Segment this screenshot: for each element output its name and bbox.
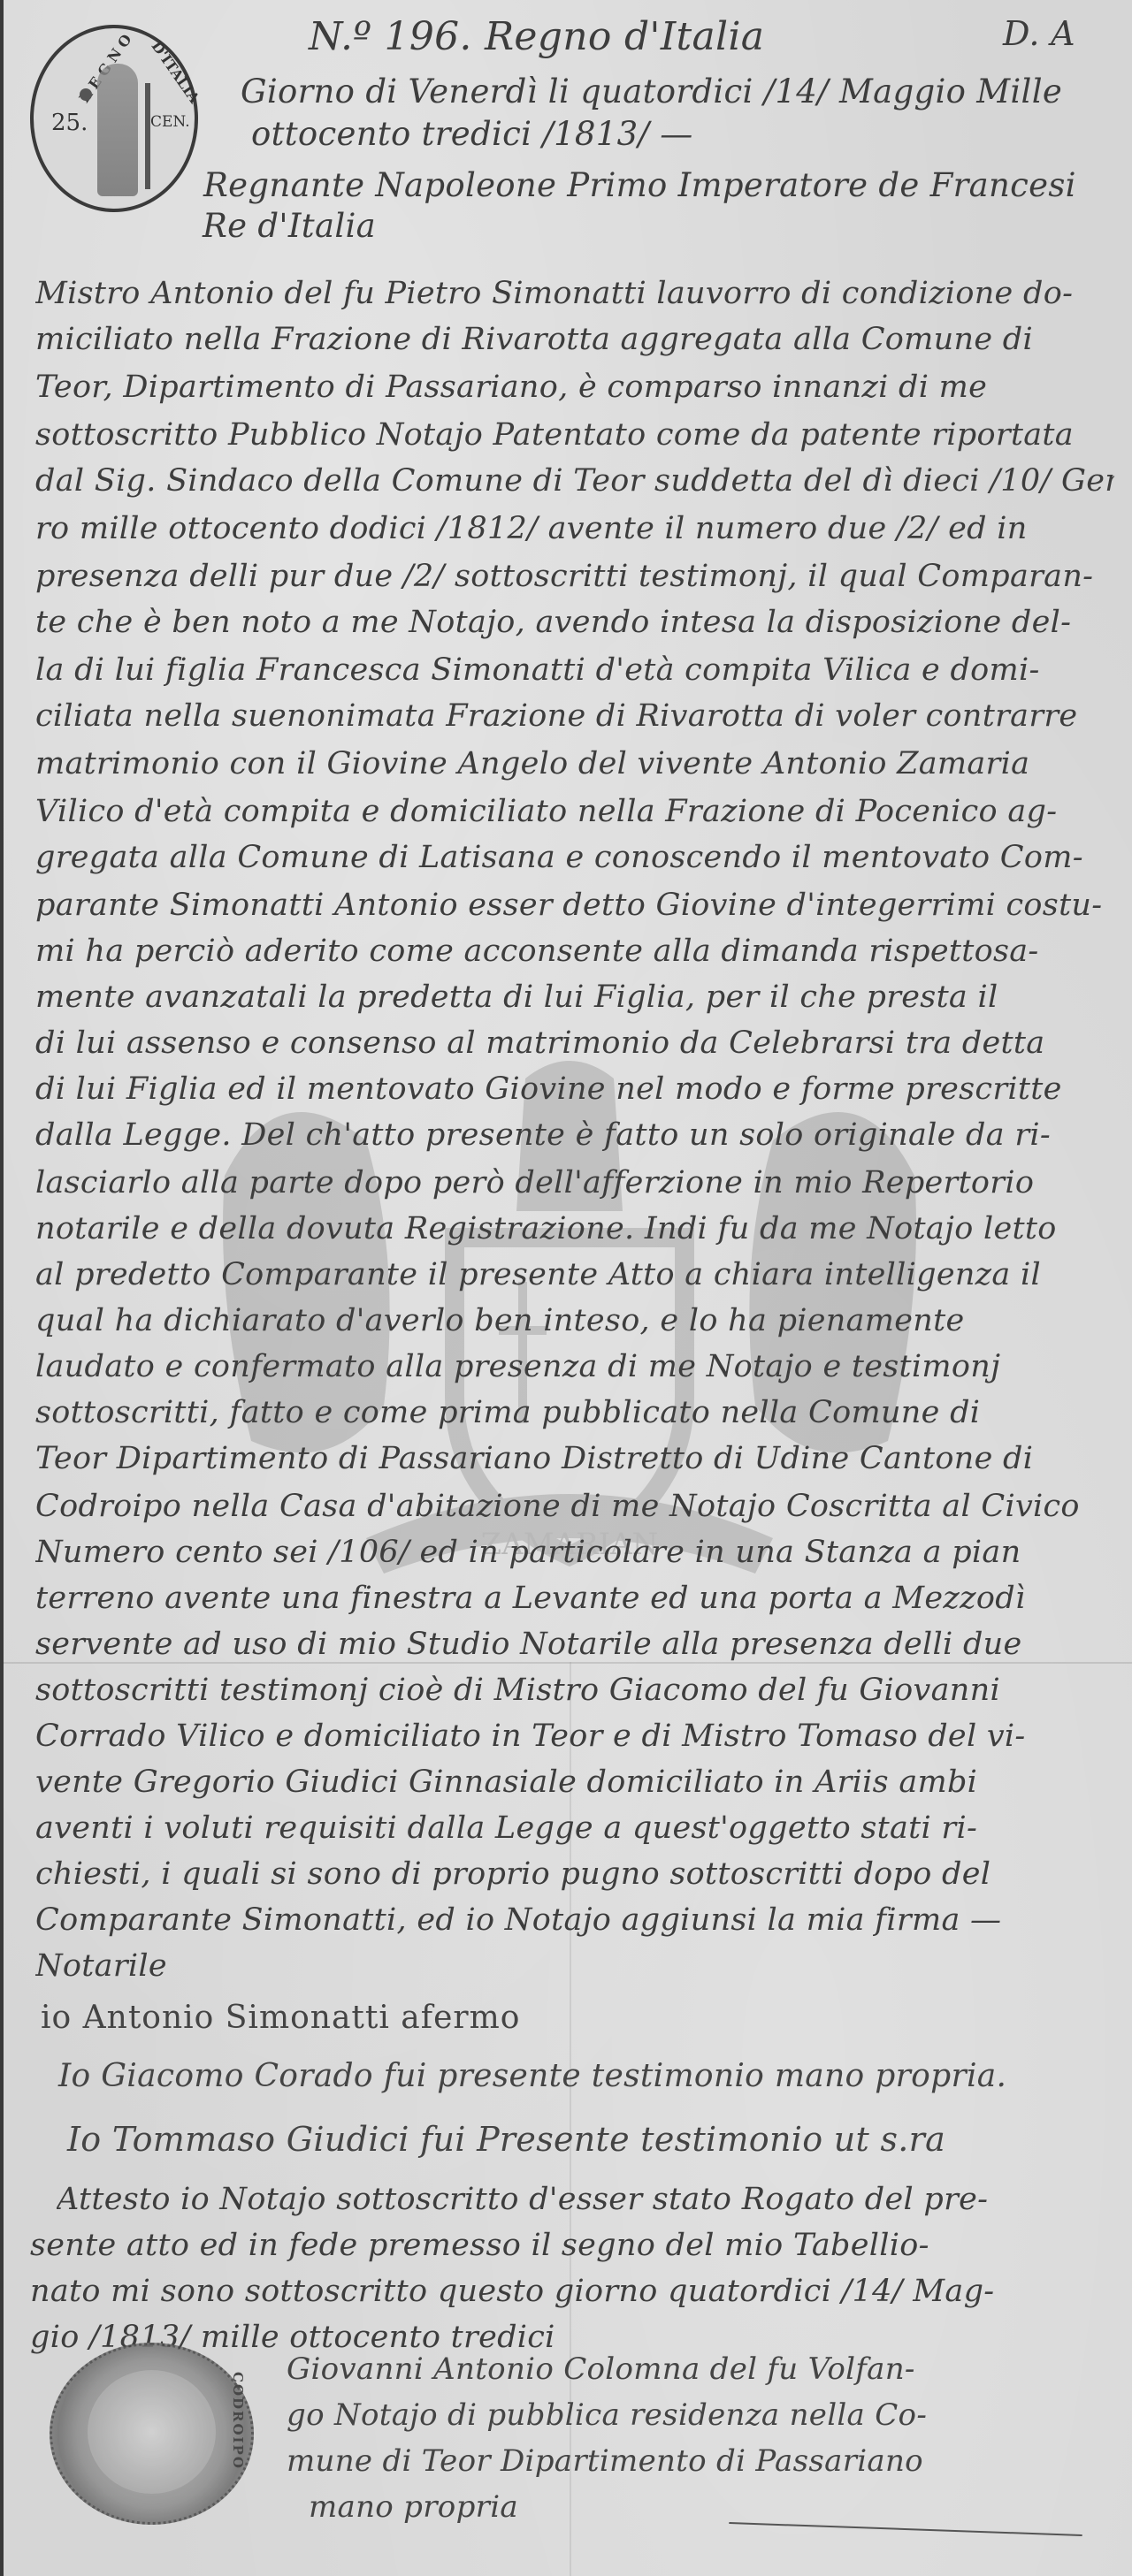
body-line: vente Gregorio Giudici Ginnasiale domici… (35, 1764, 1114, 1800)
eagle-emblem-icon (88, 2370, 216, 2494)
body-line: dalla Legge. Del ch'atto presente è fatt… (35, 1117, 1114, 1153)
body-line: di lui assenso e consenso al matrimonio … (35, 1025, 1114, 1061)
body-line: Corrado Vilico e domiciliato in Teor e d… (35, 1719, 1114, 1754)
reign-line-2: Re d'Italia (203, 207, 376, 245)
notary-signature-line: mune di Teor Dipartimento di Passariano (287, 2443, 923, 2479)
body-line: Teor Dipartimento di Passariano Distrett… (35, 1441, 1114, 1476)
signature-flourish (729, 2522, 1082, 2536)
body-line: laudato e confermato alla presenza di me… (35, 1349, 1114, 1384)
body-line: ro mille ottocento dodici /1812/ avente … (35, 511, 1114, 546)
body-line: miciliato nella Frazione di Rivarotta ag… (35, 322, 1114, 357)
act-number-heading: N.º 196. Regno d'Italia (309, 14, 764, 59)
body-line: qual ha dichiarato d'averlo ben inteso, … (35, 1303, 1114, 1338)
body-line: ciliata nella suenonimata Frazione di Ri… (35, 698, 1114, 734)
notary-signature-line: Giovanni Antonio Colomna del fu Volfan- (287, 2351, 915, 2387)
stamp-figure-icon (97, 64, 138, 196)
body-line: Vilico d'età compita e domiciliato nella… (35, 794, 1114, 829)
date-line-1: Giorno di Venerdì li quatordici /14/ Mag… (241, 72, 1062, 111)
body-line: gregata alla Comune di Latisana e conosc… (35, 840, 1114, 875)
body-line: Codroipo nella Casa d'abitazione di me N… (35, 1489, 1114, 1524)
signature-comparant: io Antonio Simonatti afermo (41, 2000, 520, 2036)
signature-witness-1: Io Giacomo Corado fui presente testimoni… (58, 2058, 1006, 2094)
stamp-value: 25. (51, 110, 88, 136)
stamp-unit: CEN. (150, 113, 190, 131)
body-line: presenza delli pur due /2/ sottoscritti … (35, 559, 1114, 594)
stamp-text-ditalia: D'ITALIA (148, 38, 203, 106)
revenue-stamp: R E G N O D'ITALIA 25. CEN. (30, 25, 198, 212)
body-line: servente ad uso di mio Studio Notarile a… (35, 1627, 1114, 1662)
stamp-orb-icon (80, 88, 92, 101)
seal-legend: CODROIPO (230, 2372, 246, 2470)
body-line: sottoscritto Pubblico Notajo Patentato c… (35, 417, 1114, 453)
body-line: di lui Figlia ed il mentovato Giovine ne… (35, 1071, 1114, 1107)
body-line: al predetto Comparante il presente Atto … (35, 1257, 1114, 1292)
body-line: la di lui figlia Francesca Simonatti d'e… (35, 652, 1114, 688)
body-line: Numero cento sei /106/ ed in particolare… (35, 1535, 1114, 1570)
reign-line-1: Regnante Napoleone Primo Imperatore de F… (203, 166, 1076, 204)
body-line: mente avanzatali la predetta di lui Figl… (35, 979, 1114, 1015)
body-line: Comparante Simonatti, ed io Notajo aggiu… (35, 1902, 1114, 1938)
body-line: parante Simonatti Antonio esser detto Gi… (35, 888, 1114, 923)
body-line: matrimonio con il Giovine Angelo del viv… (35, 746, 1114, 781)
body-line: Notarile (35, 1948, 1114, 1984)
body-line: terreno avente una finestra a Levante ed… (35, 1581, 1114, 1616)
body-line: sottoscritti, fatto e come prima pubblic… (35, 1395, 1114, 1430)
signature-witness-2: Io Tommaso Giudici fui Presente testimon… (67, 2120, 945, 2159)
body-line: te che è ben noto a me Notajo, avendo in… (35, 605, 1114, 640)
notary-signature-line: mano propria (309, 2489, 518, 2525)
document-page: R E G N O D'ITALIA 25. CEN. N.º 196. Reg… (0, 0, 1132, 2576)
body-line: aventi i voluti requisiti dalla Legge a … (35, 1810, 1114, 1846)
attestation-line: Attesto io Notajo sottoscritto d'esser s… (57, 2182, 1132, 2217)
body-line: notarile e della dovuta Registrazione. I… (35, 1211, 1114, 1246)
body-line: dal Sig. Sindaco della Comune di Teor su… (35, 463, 1114, 499)
body-line: mi ha perciò aderito come acconsente all… (35, 934, 1114, 969)
body-line: chiesti, i quali si sono di proprio pugn… (35, 1856, 1114, 1892)
attestation-line: nato mi sono sottoscritto questo giorno … (30, 2274, 1109, 2309)
body-line: sottoscritti testimonj cioè di Mistro Gi… (35, 1673, 1114, 1708)
body-line: Teor, Dipartimento di Passariano, è comp… (35, 370, 1114, 405)
notary-seal: CODROIPO (50, 2343, 254, 2525)
paper-fold-horizontal (4, 1662, 1132, 1664)
stamp-staff-icon (145, 83, 150, 189)
body-line: Mistro Antonio del fu Pietro Simonatti l… (35, 276, 1114, 311)
notary-signature-line: go Notajo di pubblica residenza nella Co… (287, 2397, 927, 2433)
date-line-2: ottocento tredici /1813/ — (251, 115, 693, 153)
corner-mark: D. A (1003, 14, 1075, 53)
attestation-line: sente atto ed in fede premesso il segno … (30, 2228, 1109, 2263)
body-line: lasciarlo alla parte dopo però dell'affe… (35, 1165, 1114, 1200)
